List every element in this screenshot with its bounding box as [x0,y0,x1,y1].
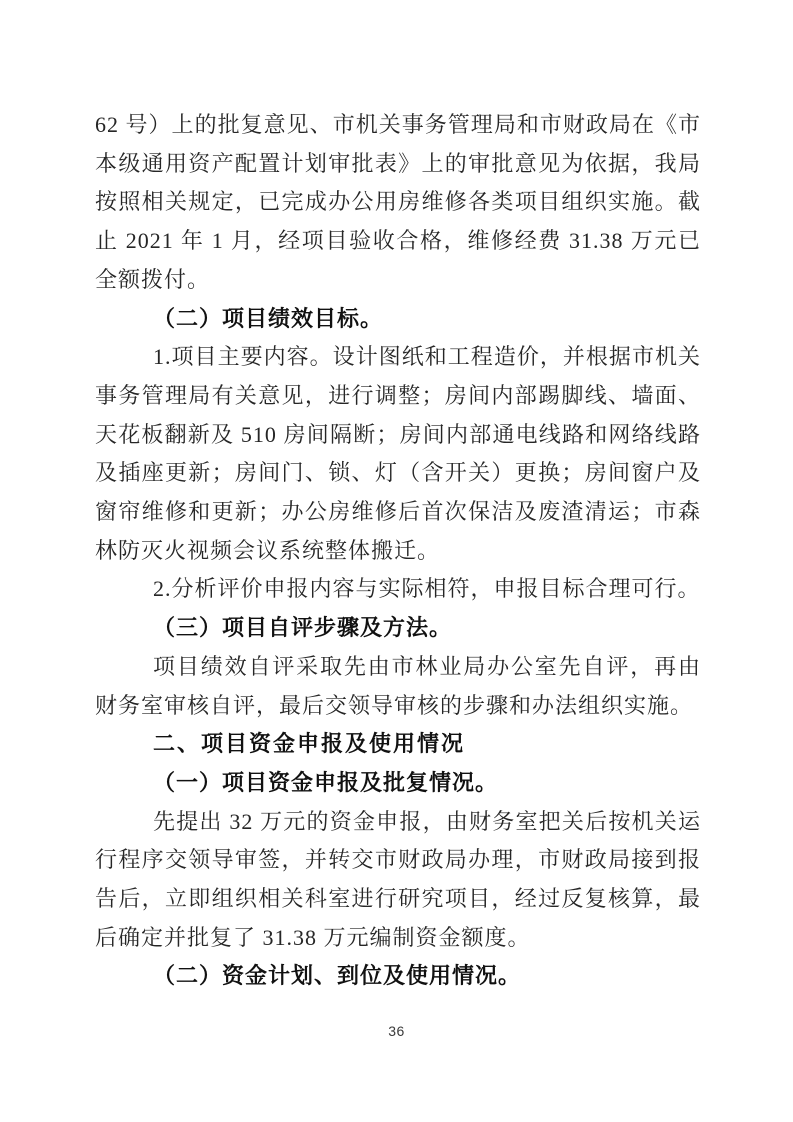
document-body: 62 号）上的批复意见、市机关事务管理局和市财政局在《市本级通用资产配置计划审批… [95,106,701,996]
document-page: 62 号）上的批复意见、市机关事务管理局和市财政局在《市本级通用资产配置计划审批… [0,0,793,1122]
paragraph-analysis: 2.分析评价申报内容与实际相符，申报目标合理可行。 [95,570,701,609]
page-number: 36 [0,1023,793,1039]
paragraph-self-eval: 项目绩效自评采取先由市林业局办公室先自评，再由财务室审核自评，最后交领导审核的步… [95,648,701,725]
paragraph-main-content: 1.项目主要内容。设计图纸和工程造价，并根据市机关事务管理局有关意见，进行调整；… [95,338,701,570]
paragraph-continuation: 62 号）上的批复意见、市机关事务管理局和市财政局在《市本级通用资产配置计划审批… [95,106,701,300]
paragraph-fund-application: 先提出 32 万元的资金申报，由财务室把关后按机关运行程序交领导审签，并转交市财… [95,803,701,958]
heading-section-funds: 二、项目资金申报及使用情况 [95,725,701,764]
heading-fund-plan: （二）资金计划、到位及使用情况。 [95,957,701,996]
heading-self-eval-method: （三）项目自评步骤及方法。 [95,609,701,648]
heading-project-goals: （二）项目绩效目标。 [95,300,701,339]
heading-fund-application: （一）项目资金申报及批复情况。 [95,764,701,803]
